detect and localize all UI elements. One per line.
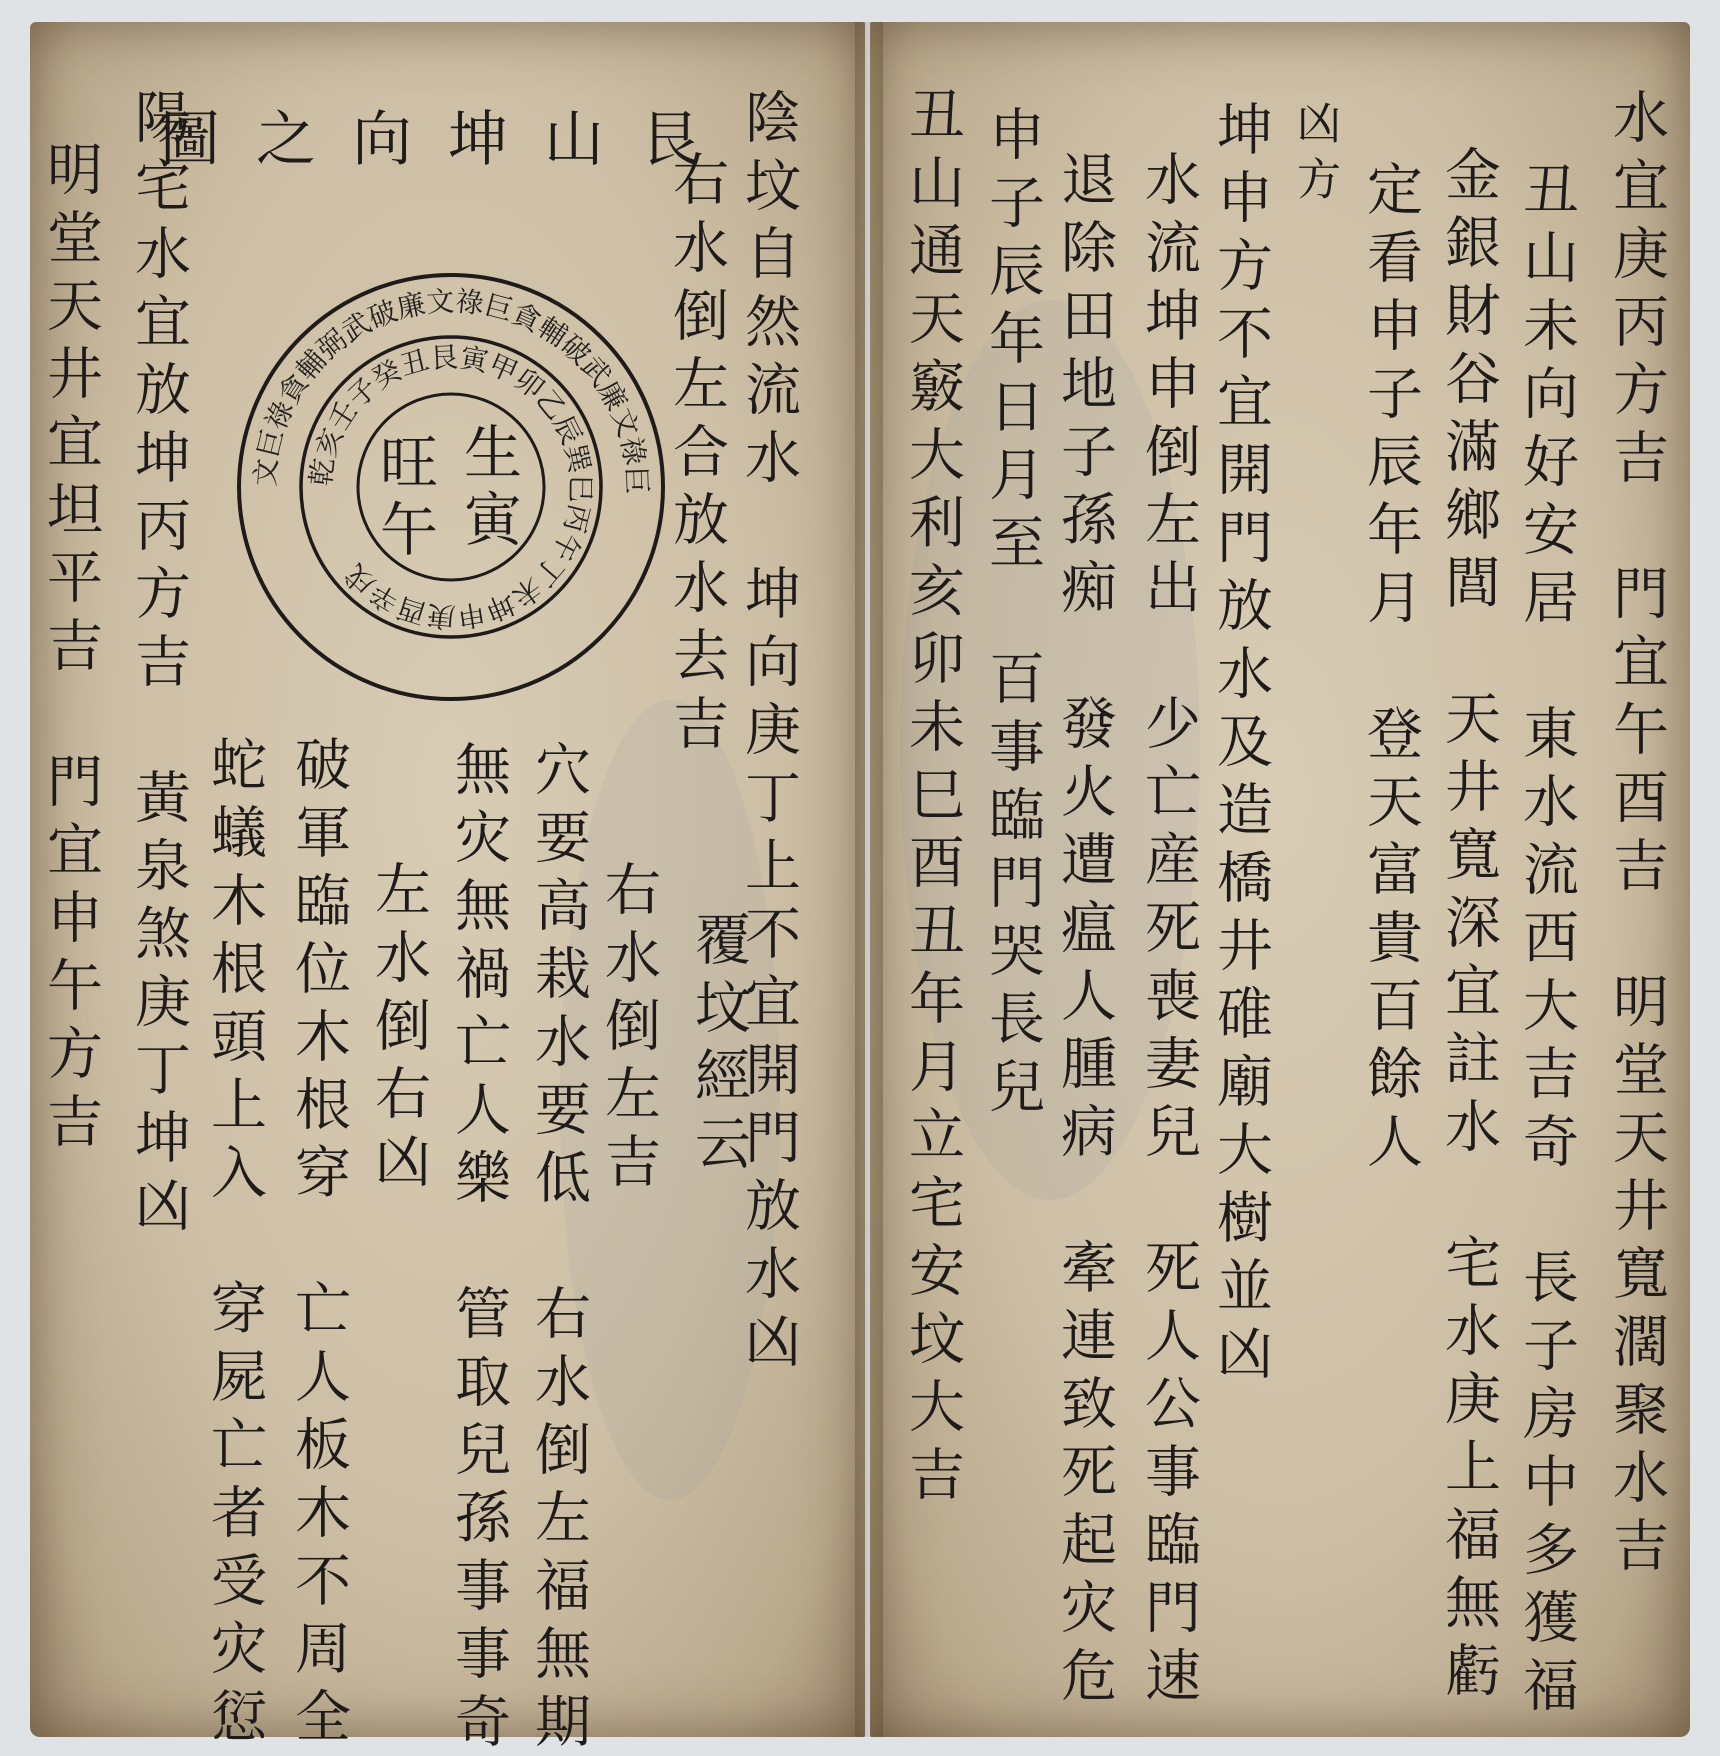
text-column: 陰坟自然流水 坤向庚丁上不宜開門放水凶 — [740, 88, 796, 1380]
text-column: 丑山未向好安居 東水流西大吉奇 長子房中多獲福 — [1518, 160, 1574, 1724]
text-column: 蛇蟻木根頭上入 穿屍亡者受灾愆 — [206, 735, 262, 1755]
text-column: 申子辰年日月至 百事臨門哭長兒 — [984, 105, 1040, 1125]
text-column: 破軍臨位木根穿 亡人板木不周全 — [290, 735, 346, 1755]
text-column: 無灾無禍亡人樂 管取兒孫事事奇 — [450, 740, 506, 1756]
text-column: 明堂天井宜坦平吉 門宜申午方吉 — [42, 140, 98, 1160]
text-column: 金銀財谷滿鄉閭 天井寬深宜註水 宅水庚上福無虧 — [1440, 145, 1496, 1709]
section-heading: 凶方 — [1292, 100, 1336, 212]
text-column: 定看申子辰年月 登天富貴百餘人 — [1362, 160, 1418, 1180]
text-column: 覆坟經云 — [690, 910, 746, 1182]
text-column: 水宜庚丙方吉 門宜午酉吉 明堂天井寬濶聚水吉 — [1608, 88, 1664, 1584]
book-gutter — [855, 22, 883, 1737]
text-column: 丑山通天竅大利亥卯未巳酉丑年月立宅安坟大吉 — [904, 85, 960, 1513]
compass-rings: 乾亥壬子癸丑艮寅甲卯乙辰巽巳丙午丁未坤申庚酉辛戌 文巨祿貪輔弼武破廉文祿巨貪輔破… — [232, 268, 670, 706]
compass-diagram: 乾亥壬子癸丑艮寅甲卯乙辰巽巳丙午丁未坤申庚酉辛戌 文巨祿貪輔弼武破廉文祿巨貪輔破… — [232, 268, 670, 706]
inner-ring-text: 乾亥壬子癸丑艮寅甲卯乙辰巽巳丙午丁未坤申庚酉辛戌 — [304, 340, 597, 633]
center-char: 寅 — [464, 486, 525, 554]
text-column: 水流坤申倒左出 少亡産死喪妻兒 死人公事臨門速 — [1140, 150, 1196, 1714]
text-column: 穴要高栽水要低 右水倒左福無期 — [530, 740, 586, 1756]
text-column: 退除田地子孫痴 發火遭瘟人腫病 牽連致死起灾危 — [1056, 150, 1112, 1714]
text-column: 陽宅水宜放坤丙方吉 黃泉煞庚丁坤凶 — [130, 88, 186, 1244]
text-column: 右水倒左合放水去吉 — [668, 150, 724, 762]
diagram-title: 艮山坤向之圖 — [160, 92, 736, 178]
center-char: 生 — [464, 419, 522, 487]
text-column: 坤申方不宜開門放水及造橋井碓廟大樹並凶 — [1212, 100, 1268, 1392]
text-column: 右水倒左吉 — [600, 860, 656, 1200]
text-column: 左水倒右凶 — [370, 860, 426, 1200]
center-char: 旺 — [380, 429, 438, 497]
center-char: 午 — [380, 496, 438, 564]
